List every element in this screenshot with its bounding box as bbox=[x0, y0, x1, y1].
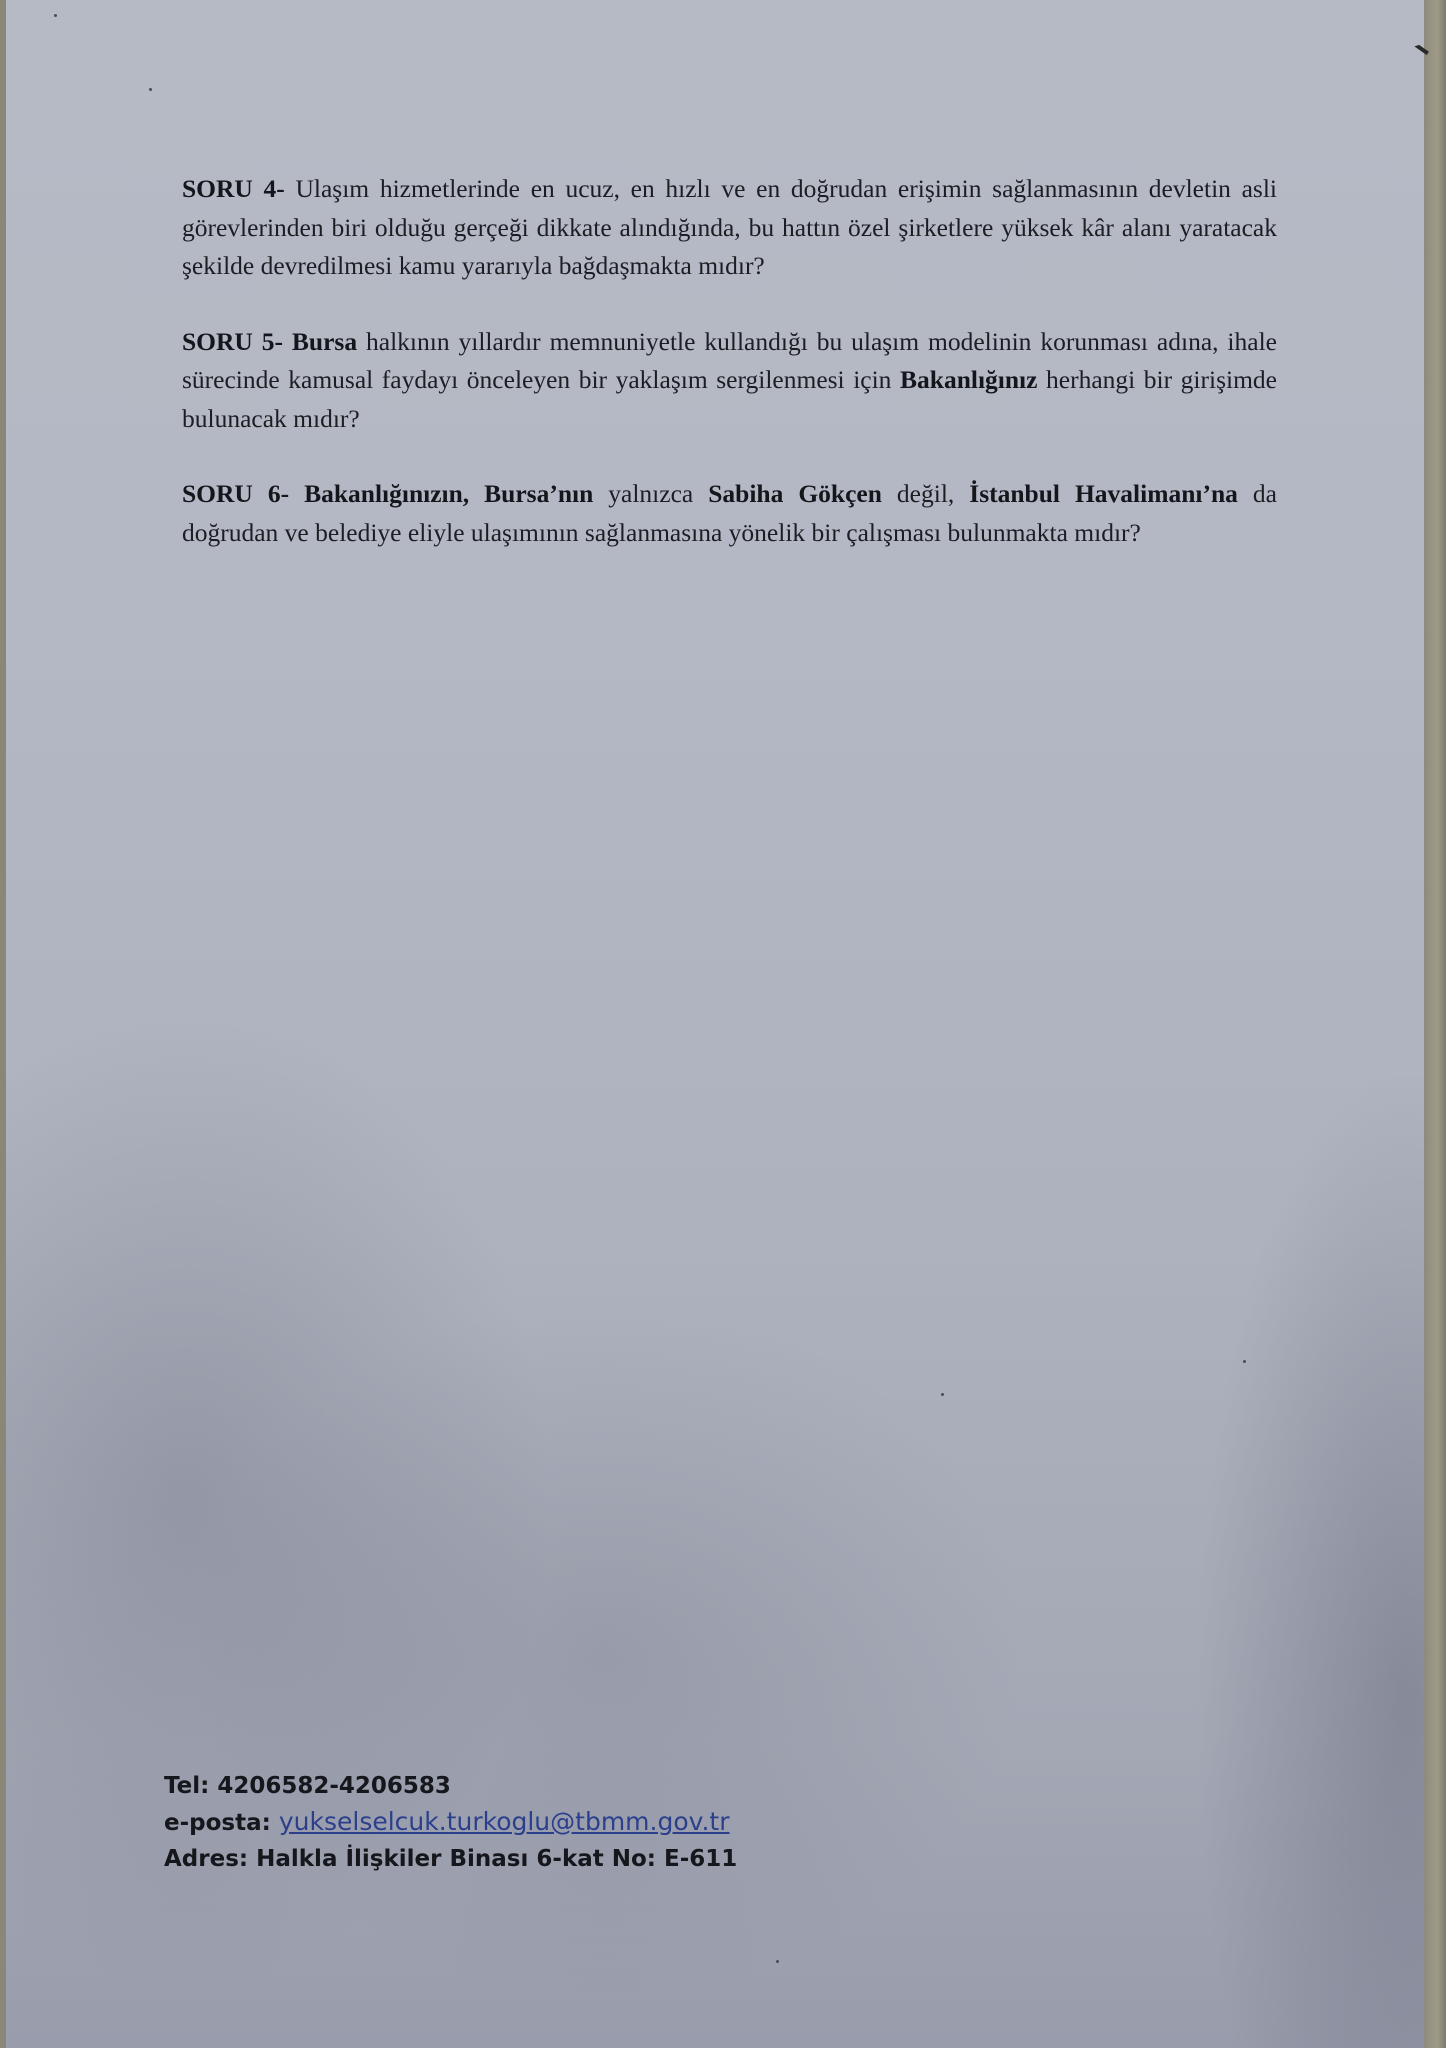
paper-speck bbox=[776, 1960, 779, 1963]
question-4: SORU 4- Ulaşım hizmetlerinde en ucuz, en… bbox=[182, 170, 1277, 286]
question-5: SORU 5- Bursa halkının yıllardır memnuni… bbox=[182, 323, 1277, 439]
question-bold-text: Sabiha Gökçen bbox=[708, 479, 882, 508]
paper-speck bbox=[941, 1393, 944, 1396]
tel-value: 4206582-4206583 bbox=[217, 1773, 451, 1799]
paper-page: SORU 4- Ulaşım hizmetlerinde en ucuz, en… bbox=[6, 0, 1424, 2048]
contact-footer: Tel: 4206582-4206583 e-posta: yukselselc… bbox=[164, 1768, 737, 1877]
tel-line: Tel: 4206582-4206583 bbox=[164, 1768, 737, 1804]
address-value: Halkla İlişkiler Binası 6-kat No: E-611 bbox=[256, 1846, 737, 1872]
page-right-edge bbox=[1424, 0, 1446, 2048]
question-bold-text: İstanbul Havalimanı’na bbox=[969, 479, 1238, 508]
paper-speck bbox=[149, 88, 152, 91]
question-bold-text: SORU 4- bbox=[182, 174, 285, 203]
question-6: SORU 6- Bakanlığınızın, Bursa’nın yalnız… bbox=[182, 475, 1277, 552]
questions-body: SORU 4- Ulaşım hizmetlerinde en ucuz, en… bbox=[182, 170, 1277, 589]
paper-speck bbox=[54, 14, 57, 17]
question-bold-text: SORU 6- Bakanlığınızın, Bursa’nın bbox=[182, 479, 593, 508]
question-bold-text: Bakanlığınız bbox=[900, 365, 1037, 394]
question-bold-text: SORU 5- Bursa bbox=[182, 327, 357, 356]
question-text: değil, bbox=[882, 479, 969, 508]
email-label: e-posta: bbox=[164, 1810, 271, 1836]
tel-label: Tel: bbox=[164, 1773, 209, 1799]
paper-speck bbox=[1243, 1360, 1246, 1363]
question-text: yalnızca bbox=[593, 479, 708, 508]
email-line: e-posta: yukselselcuk.turkoglu@tbmm.gov.… bbox=[164, 1804, 737, 1841]
address-label: Adres: bbox=[164, 1846, 248, 1872]
question-text: Ulaşım hizmetlerinde en ucuz, en hızlı v… bbox=[182, 174, 1277, 280]
email-link[interactable]: yukselselcuk.turkoglu@tbmm.gov.tr bbox=[279, 1807, 730, 1836]
address-line: Adres: Halkla İlişkiler Binası 6-kat No:… bbox=[164, 1841, 737, 1877]
